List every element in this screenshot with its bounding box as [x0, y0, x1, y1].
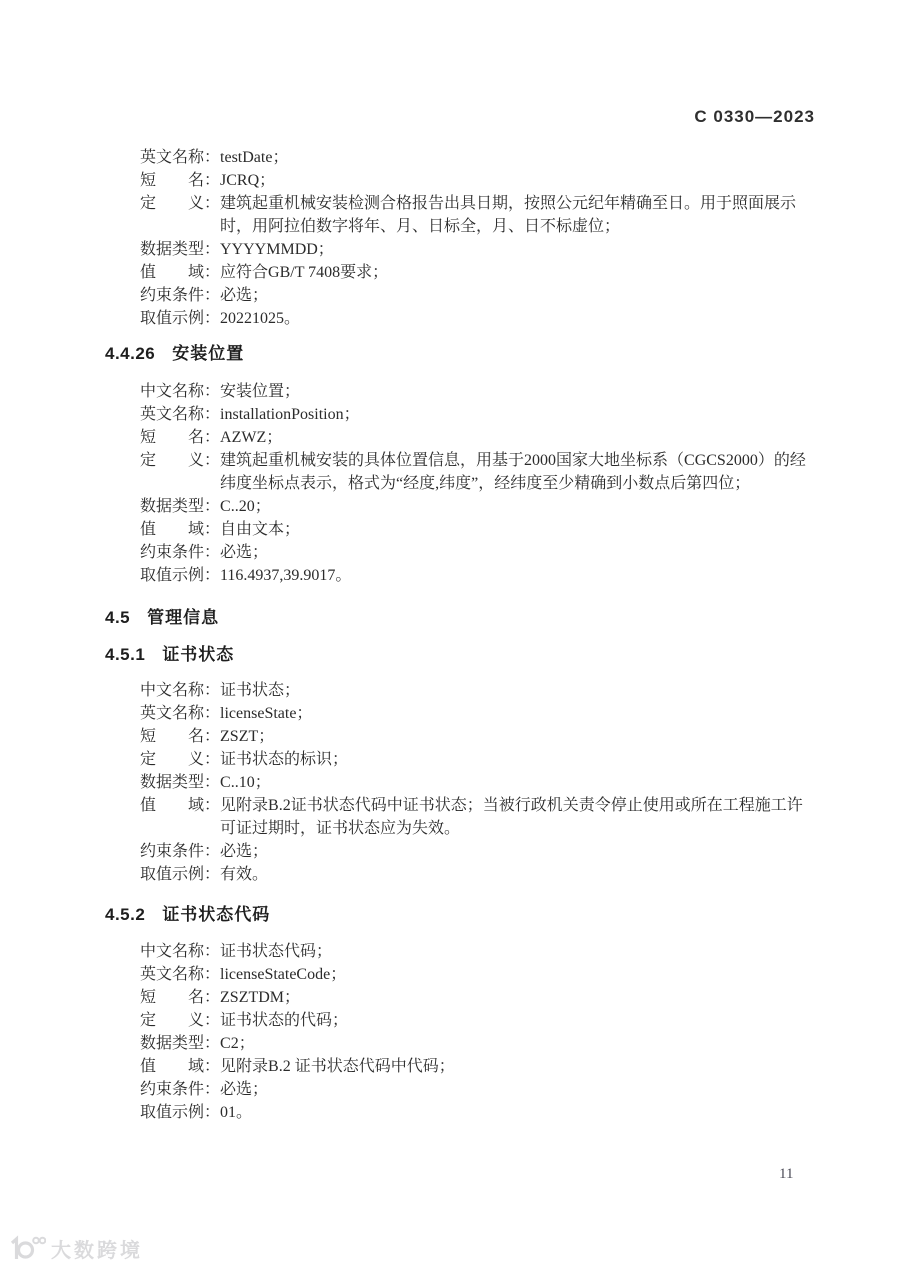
- field-value: 必选；: [220, 284, 816, 307]
- section-number: 4.5.1: [105, 645, 145, 664]
- field-value: 有效。: [220, 863, 816, 886]
- field-row: 英文名称：testDate；: [140, 146, 816, 169]
- field-row: 定 义：建筑起重机械安装检测合格报告出具日期，按照公元纪年精确至日。用于照面展示…: [140, 192, 816, 238]
- section-number: 4.5.2: [105, 905, 145, 924]
- field-value: licenseStateCode；: [220, 963, 816, 986]
- field-label: 短 名：: [140, 426, 220, 449]
- field-label: 值 域：: [140, 518, 220, 541]
- watermark-text: 大数跨境: [51, 1234, 143, 1263]
- section-heading: 4.5管理信息: [105, 606, 219, 629]
- watermark-logo-icon: [10, 1235, 46, 1262]
- field-row: 定 义：证书状态的标识；: [140, 748, 816, 771]
- field-label: 中文名称：: [140, 679, 220, 702]
- field-row: 数据类型：YYYYMMDD；: [140, 238, 816, 261]
- field-value: 应符合GB/T 7408要求；: [220, 261, 816, 284]
- field-label: 值 域：: [140, 794, 220, 840]
- field-row: 值 域：见附录B.2证书状态代码中证书状态；当被行政机关责令停止使用或所在工程施…: [140, 794, 816, 840]
- field-label: 定 义：: [140, 1009, 220, 1032]
- section-title: 管理信息: [147, 608, 219, 627]
- field-row: 定 义：证书状态的代码；: [140, 1009, 816, 1032]
- field-label: 定 义：: [140, 748, 220, 771]
- field-label: 取值示例：: [140, 863, 220, 886]
- field-value: 见附录B.2证书状态代码中证书状态；当被行政机关责令停止使用或所在工程施工许可证…: [220, 794, 816, 840]
- field-row: 取值示例：116.4937,39.9017。: [140, 564, 816, 587]
- field-block: 中文名称：证书状态代码；英文名称：licenseStateCode；短 名：ZS…: [140, 940, 816, 1124]
- field-row: 数据类型：C2；: [140, 1032, 816, 1055]
- field-value: C2；: [220, 1032, 816, 1055]
- field-label: 取值示例：: [140, 564, 220, 587]
- field-value: 必选；: [220, 840, 816, 863]
- field-value: licenseState；: [220, 702, 816, 725]
- field-value: 建筑起重机械安装检测合格报告出具日期，按照公元纪年精确至日。用于照面展示时，用阿…: [220, 192, 816, 238]
- field-label: 短 名：: [140, 986, 220, 1009]
- field-row: 中文名称：证书状态；: [140, 679, 816, 702]
- field-row: 中文名称：证书状态代码；: [140, 940, 816, 963]
- field-row: 英文名称：licenseState；: [140, 702, 816, 725]
- section-number: 4.5: [105, 608, 130, 627]
- field-row: 约束条件：必选；: [140, 541, 816, 564]
- field-value: 安装位置；: [220, 380, 816, 403]
- field-value: 20221025。: [220, 307, 816, 330]
- section-number: 4.4.26: [105, 344, 155, 363]
- field-label: 值 域：: [140, 1055, 220, 1078]
- field-row: 约束条件：必选；: [140, 840, 816, 863]
- field-value: 见附录B.2 证书状态代码中代码；: [220, 1055, 816, 1078]
- field-label: 值 域：: [140, 261, 220, 284]
- field-block: 中文名称：安装位置；英文名称：installationPosition；短 名：…: [140, 380, 816, 587]
- section-title: 证书状态代码: [162, 905, 270, 924]
- field-value: installationPosition；: [220, 403, 816, 426]
- field-row: 短 名：AZWZ；: [140, 426, 816, 449]
- document-page: C 0330—2023 英文名称：testDate；短 名：JCRQ；定 义：建…: [0, 0, 900, 1273]
- field-row: 数据类型：C..10；: [140, 771, 816, 794]
- field-value: 116.4937,39.9017。: [220, 564, 816, 587]
- field-label: 取值示例：: [140, 307, 220, 330]
- field-value: AZWZ；: [220, 426, 816, 449]
- field-row: 约束条件：必选；: [140, 1078, 816, 1101]
- field-label: 数据类型：: [140, 495, 220, 518]
- doc-number: C 0330—2023: [694, 107, 815, 127]
- field-row: 约束条件：必选；: [140, 284, 816, 307]
- field-value: C..20；: [220, 495, 816, 518]
- field-row: 取值示例：01。: [140, 1101, 816, 1124]
- field-value: JCRQ；: [220, 169, 816, 192]
- field-value: C..10；: [220, 771, 816, 794]
- section-title: 证书状态: [162, 645, 234, 664]
- field-label: 约束条件：: [140, 1078, 220, 1101]
- field-label: 约束条件：: [140, 284, 220, 307]
- section-heading: 4.5.1证书状态: [105, 643, 234, 666]
- field-row: 英文名称：installationPosition；: [140, 403, 816, 426]
- page-number: 11: [779, 1166, 793, 1183]
- field-value: 证书状态的代码；: [220, 1009, 816, 1032]
- field-value: 证书状态代码；: [220, 940, 816, 963]
- field-row: 短 名：ZSZTDM；: [140, 986, 816, 1009]
- field-value: 自由文本；: [220, 518, 816, 541]
- field-value: 必选；: [220, 541, 816, 564]
- field-label: 短 名：: [140, 169, 220, 192]
- field-label: 中文名称：: [140, 940, 220, 963]
- field-value: YYYYMMDD；: [220, 238, 816, 261]
- section-heading: 4.4.26安装位置: [105, 342, 244, 365]
- field-value: 证书状态的标识；: [220, 748, 816, 771]
- field-value: 必选；: [220, 1078, 816, 1101]
- field-block: 英文名称：testDate；短 名：JCRQ；定 义：建筑起重机械安装检测合格报…: [140, 146, 816, 330]
- watermark: 大数跨境: [10, 1234, 143, 1263]
- field-row: 值 域：见附录B.2 证书状态代码中代码；: [140, 1055, 816, 1078]
- field-label: 短 名：: [140, 725, 220, 748]
- section-title: 安装位置: [172, 344, 244, 363]
- field-label: 定 义：: [140, 449, 220, 495]
- field-label: 中文名称：: [140, 380, 220, 403]
- field-row: 短 名：JCRQ；: [140, 169, 816, 192]
- field-label: 取值示例：: [140, 1101, 220, 1124]
- field-value: 证书状态；: [220, 679, 816, 702]
- section-heading: 4.5.2证书状态代码: [105, 903, 270, 926]
- field-row: 取值示例：20221025。: [140, 307, 816, 330]
- field-label: 约束条件：: [140, 840, 220, 863]
- field-label: 英文名称：: [140, 963, 220, 986]
- field-row: 短 名：ZSZT；: [140, 725, 816, 748]
- field-label: 数据类型：: [140, 771, 220, 794]
- field-value: testDate；: [220, 146, 816, 169]
- field-row: 值 域：自由文本；: [140, 518, 816, 541]
- field-label: 英文名称：: [140, 403, 220, 426]
- field-label: 数据类型：: [140, 1032, 220, 1055]
- field-value: 01。: [220, 1101, 816, 1124]
- field-value: ZSZTDM；: [220, 986, 816, 1009]
- field-value: ZSZT；: [220, 725, 816, 748]
- field-row: 定 义：建筑起重机械安装的具体位置信息，用基于2000国家大地坐标系（CGCS2…: [140, 449, 816, 495]
- field-row: 取值示例：有效。: [140, 863, 816, 886]
- field-label: 英文名称：: [140, 146, 220, 169]
- field-label: 约束条件：: [140, 541, 220, 564]
- field-row: 值 域：应符合GB/T 7408要求；: [140, 261, 816, 284]
- field-row: 数据类型：C..20；: [140, 495, 816, 518]
- field-row: 中文名称：安装位置；: [140, 380, 816, 403]
- field-value: 建筑起重机械安装的具体位置信息，用基于2000国家大地坐标系（CGCS2000）…: [220, 449, 816, 495]
- field-row: 英文名称：licenseStateCode；: [140, 963, 816, 986]
- field-label: 定 义：: [140, 192, 220, 238]
- field-label: 数据类型：: [140, 238, 220, 261]
- field-label: 英文名称：: [140, 702, 220, 725]
- field-block: 中文名称：证书状态；英文名称：licenseState；短 名：ZSZT；定 义…: [140, 679, 816, 886]
